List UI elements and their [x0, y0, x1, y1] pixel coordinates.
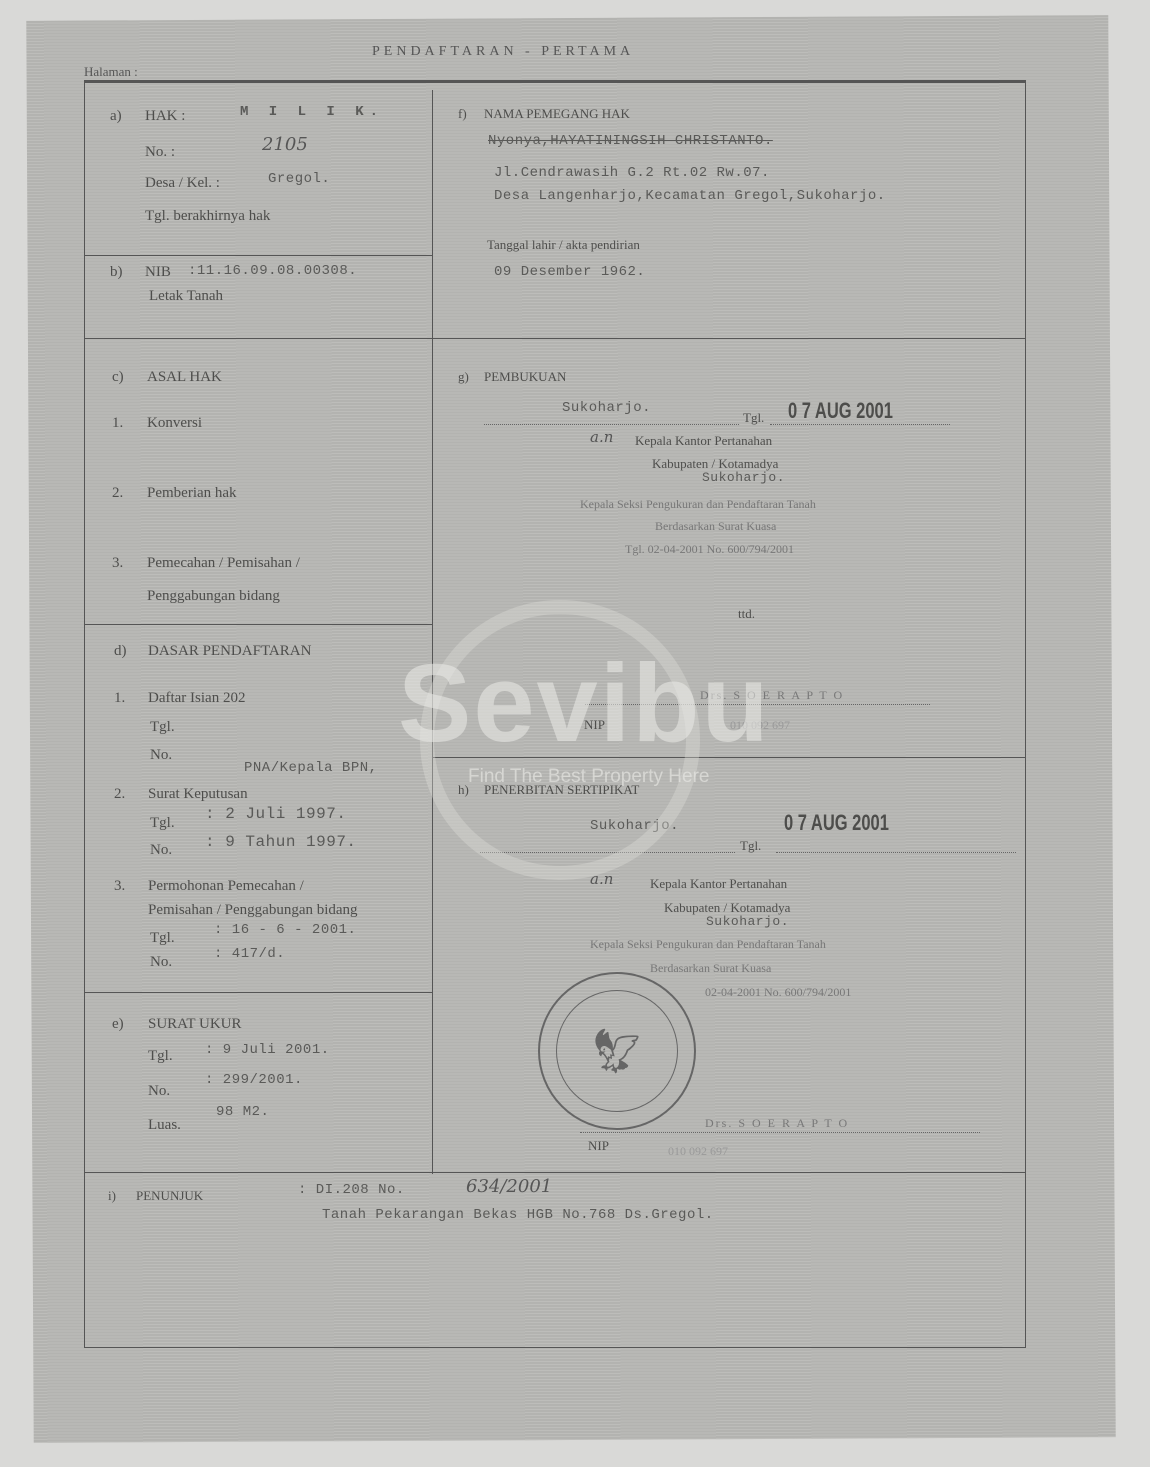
bpn-seal: 🦅︎ [538, 972, 696, 1130]
document-title: PENDAFTARAN - PERTAMA [372, 44, 634, 60]
pembukuan-heading: PEMBUKUAN [484, 369, 566, 385]
dasar-heading: DASAR PENDAFTARAN [148, 643, 311, 660]
penunjuk-handwritten-no: 634/2001 [466, 1176, 552, 1197]
pemegang-hak-heading: NAMA PEMEGANG HAK [484, 106, 630, 122]
d-item1-num: 1. [114, 690, 125, 707]
tgl-berakhir-label: Tgl. berakhirnya hak [145, 208, 270, 225]
luas-value: 98 M2. [216, 1104, 269, 1120]
letak-tanah-label: Letak Tanah [149, 288, 223, 305]
h-surat-kuasa: Berdasarkan Surat Kuasa [650, 961, 771, 976]
garuda-emblem-icon: 🦅︎ [556, 990, 678, 1112]
d-item3-num: 3. [114, 878, 125, 895]
h-date-line [776, 852, 1016, 853]
surat-ukur-heading: SURAT UKUR [148, 1016, 242, 1033]
d-item1-no-label: No. [150, 747, 172, 764]
d-item2-num: 2. [114, 786, 125, 803]
d-item2-tgl-value: : 2 Juli 1997. [205, 805, 346, 823]
h-tgl-label: Tgl. [740, 838, 761, 854]
divider-b-c [84, 338, 1026, 339]
g-seksi: Kepala Seksi Pengukuran dan Pendaftaran … [580, 497, 816, 512]
g-place-line [484, 424, 739, 425]
holder-name-struck: Nyonya,HAYATININGSIH CHRISTANTO. [488, 133, 773, 149]
asal-item-num: 3. [112, 555, 123, 572]
penunjuk-heading: PENUNJUK [136, 1188, 203, 1204]
nib-label: NIB [145, 264, 171, 281]
d-item3-no-value: : 417/d. [214, 946, 285, 962]
d-item1-tgl-label: Tgl. [150, 719, 175, 736]
tgl-lahir-label: Tanggal lahir / akta pendirian [487, 237, 640, 253]
e-no-label: No. [148, 1083, 170, 1100]
daftar-isian-label: Daftar Isian 202 [148, 690, 245, 707]
hak-label: HAK : [145, 108, 185, 125]
e-tgl-value: : 9 Juli 2001. [205, 1042, 330, 1058]
g-surat-kuasa-ref: Tgl. 02-04-2001 No. 600/794/2001 [625, 542, 794, 557]
asal-item-pemecahan: Pemecahan / Pemisahan / [147, 555, 300, 572]
h-kepala-kantor: Kepala Kantor Pertanahan [650, 876, 787, 892]
e-no-value: : 299/2001. [205, 1072, 303, 1088]
h-nip-value: 010 092 697 [668, 1144, 728, 1159]
holder-address-2: Desa Langenharjo,Kecamatan Gregol,Sukoha… [494, 188, 886, 204]
watermark-tagline: Find The Best Property Here [468, 766, 709, 788]
g-kepala-kantor: Kepala Kantor Pertanahan [635, 433, 772, 449]
asal-item-konversi: Konversi [147, 415, 202, 432]
h-surat-kuasa-ref: 02-04-2001 No. 600/794/2001 [705, 985, 851, 1000]
divider-d-e [84, 992, 432, 993]
hak-value: M I L I K. [240, 104, 384, 120]
marker-i: i) [108, 1188, 116, 1204]
asal-item-penggabungan: Penggabungan bidang [147, 588, 280, 605]
d-item3-tgl-label: Tgl. [150, 930, 175, 947]
divider-a-b [84, 255, 432, 256]
asal-item-num: 2. [112, 485, 123, 502]
nib-value: :11.16.09.08.00308. [188, 263, 357, 279]
marker-d: d) [114, 643, 127, 660]
no-label: No. : [145, 144, 175, 161]
penunjuk-line2: Tanah Pekarangan Bekas HGB No.768 Ds.Gre… [322, 1207, 714, 1223]
d-item2-no-value: : 9 Tahun 1997. [205, 833, 357, 851]
g-date-line [770, 424, 950, 425]
marker-a: a) [110, 108, 122, 125]
desa-label: Desa / Kel. : [145, 175, 220, 192]
surat-keputusan-label: Surat Keputusan [148, 786, 248, 803]
h-signature-line [580, 1132, 980, 1133]
g-ttd: ttd. [738, 606, 755, 622]
h-seksi: Kepala Seksi Pengukuran dan Pendaftaran … [590, 937, 826, 952]
asal-item-num: 1. [112, 415, 123, 432]
marker-g: g) [458, 369, 469, 385]
g-place: Sukoharjo. [562, 400, 651, 416]
marker-f: f) [458, 106, 467, 122]
permohonan-label-2: Pemisahan / Penggabungan bidang [148, 902, 358, 919]
g-surat-kuasa: Berdasarkan Surat Kuasa [655, 519, 776, 534]
asal-item-pemberian: Pemberian hak [147, 485, 237, 502]
marker-c: c) [112, 369, 124, 386]
tgl-lahir-value: 09 Desember 1962. [494, 264, 645, 280]
penunjuk-line1: : DI.208 No. [298, 1182, 405, 1198]
h-nip-label: NIP [588, 1138, 609, 1154]
d-item3-no-label: No. [150, 954, 172, 971]
g-an: a.n [590, 428, 613, 446]
d-item2-tgl-label: Tgl. [150, 815, 175, 832]
h-kabupaten-value: Sukoharjo. [706, 914, 789, 929]
g-date-stamp: 0 7 AUG 2001 [788, 398, 893, 424]
luas-label: Luas. [148, 1117, 181, 1134]
permohonan-label: Permohonan Pemecahan / [148, 878, 304, 895]
divider-c-d [84, 624, 432, 625]
holder-address-1: Jl.Cendrawasih G.2 Rt.02 Rw.07. [494, 165, 770, 181]
asal-hak-heading: ASAL HAK [147, 369, 222, 386]
h-date-stamp: 0 7 AUG 2001 [784, 810, 889, 836]
halaman-label: Halaman : [84, 64, 138, 80]
marker-b: b) [110, 264, 123, 281]
d-item2-no-label: No. [150, 842, 172, 859]
column-divider [432, 90, 433, 1174]
d-item1-no-value: PNA/Kepala BPN, [244, 760, 378, 776]
g-kabupaten-value: Sukoharjo. [702, 470, 785, 485]
h-signatory: Drs. S O E R A P T O [705, 1116, 849, 1131]
marker-e: e) [112, 1016, 124, 1033]
g-tgl-label: Tgl. [743, 410, 764, 426]
no-value: 2105 [262, 134, 308, 155]
d-item3-tgl-value: : 16 - 6 - 2001. [214, 922, 356, 938]
divider-i [84, 1172, 1026, 1173]
desa-value: Gregol. [268, 171, 330, 187]
e-tgl-label: Tgl. [148, 1048, 173, 1065]
watermark-brand: Sevibu [398, 640, 771, 767]
